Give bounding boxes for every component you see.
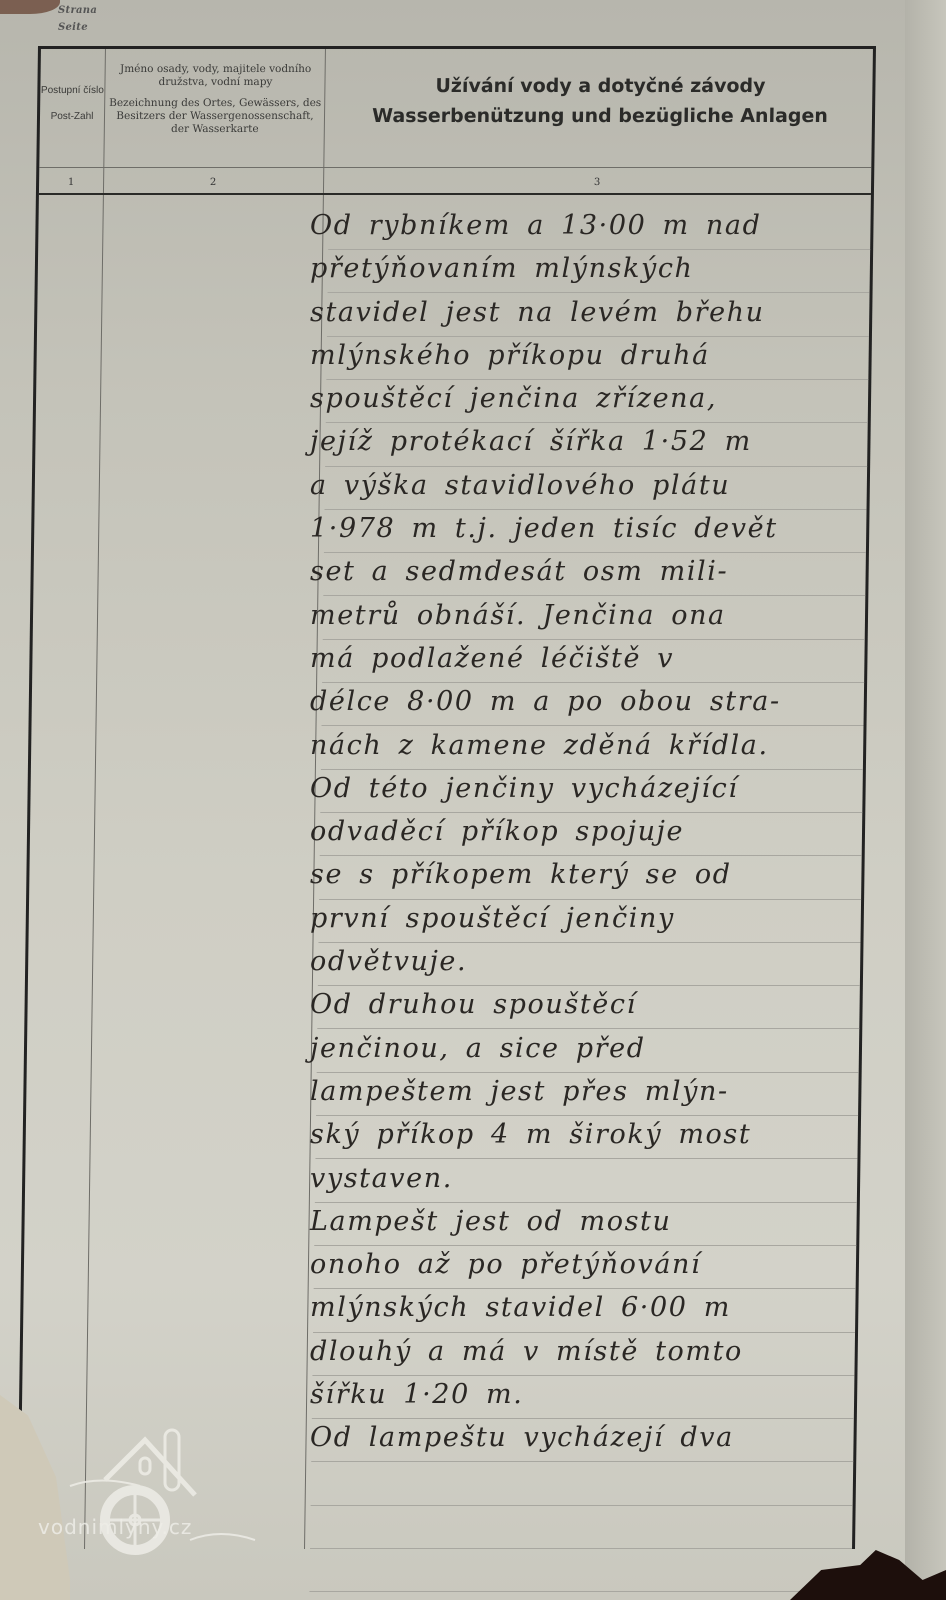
handwritten-line: nách z kamene zděná křídla.	[310, 724, 890, 767]
header-col-2: Jméno osady, vody, majitele vodního druž…	[106, 63, 325, 136]
ruled-line	[310, 1548, 852, 1549]
underlying-page-edge	[905, 0, 946, 1600]
handwritten-line: délce 8·00 m a po obou stra-	[310, 680, 890, 723]
handwritten-line: odvaděcí příkop spojuje	[310, 810, 890, 853]
header-col2-cz: Jméno osady, vody, majitele vodního druž…	[106, 63, 324, 89]
handwritten-line: odvětvuje.	[310, 940, 890, 983]
header-col3-de: Wasserbenützung und bezügliche Anlagen	[330, 101, 870, 131]
ruled-line	[311, 1461, 853, 1462]
header-col-1: Postupní číslo Post-Zahl	[40, 63, 105, 123]
handwritten-line: má podlažené léčiště v	[310, 637, 890, 680]
handwritten-line: Od této jenčiny vycházející	[310, 767, 890, 810]
handwritten-line: Od lampeštu vycházejí dva	[310, 1416, 890, 1459]
handwritten-line: přetýňovaním mlýnských	[310, 247, 890, 290]
header-bottom-rule	[39, 193, 871, 195]
header-col3-cz: Užívání vody a dotyčné závody	[330, 71, 870, 101]
handwritten-line: mlýnského příkopu druhá	[310, 334, 890, 377]
handwritten-line: set a sedmdesát osm mili-	[310, 550, 890, 593]
handwritten-line: stavidel jest na levém břehu	[310, 291, 890, 334]
header-col-3: Užívání vody a dotyčné závody Wasserbenü…	[330, 71, 871, 131]
header-divider	[39, 167, 871, 168]
handwritten-line: dlouhý a má v místě tomto	[310, 1330, 890, 1373]
handwritten-line: onoho až po přetýňování	[310, 1243, 890, 1286]
handwritten-line: mlýnských stavidel 6·00 m	[310, 1286, 890, 1329]
handwritten-line: Od druhou spouštěcí	[310, 983, 890, 1026]
handwritten-line: 1·978 m t.j. jeden tisíc devět	[310, 507, 890, 550]
ruled-line	[309, 1591, 851, 1592]
handwritten-line: spouštěcí jenčina zřízena,	[310, 377, 890, 420]
handwritten-line: a výška stavidlového plátu	[310, 464, 890, 507]
handwritten-entry: Od rybníkem a 13·00 m nadpřetýňovaním ml…	[310, 204, 890, 1460]
handwritten-line: jejíž protékací šířka 1·52 m	[310, 420, 890, 463]
header-col1-de: Post-Zahl	[40, 111, 104, 123]
handwritten-line: se s příkopem který se od	[310, 853, 890, 896]
handwritten-line: vystaven.	[310, 1157, 890, 1200]
column-number-2: 2	[103, 177, 323, 188]
header-col2-de: Bezeichnung des Ortes, Gewässers, des Be…	[106, 97, 325, 136]
page-label-de: Seite	[58, 22, 88, 33]
column-number-1: 1	[39, 177, 103, 188]
watermill-icon	[30, 1390, 260, 1580]
handwritten-line: šířku 1·20 m.	[310, 1373, 890, 1416]
handwritten-line: Lampešt jest od mostu	[310, 1200, 890, 1243]
handwritten-line: Od rybníkem a 13·00 m nad	[310, 204, 890, 247]
handwritten-line: první spouštěcí jenčiny	[310, 897, 890, 940]
ruled-line	[311, 1505, 853, 1506]
watermark-text: vodnimlyny.cz	[38, 1515, 192, 1539]
handwritten-line: ský příkop 4 m široký most	[310, 1113, 890, 1156]
handwritten-line: lampeštem jest přes mlýn-	[310, 1070, 890, 1113]
column-divider-1	[84, 49, 106, 1549]
handwritten-line: metrů obnáší. Jenčina ona	[310, 594, 890, 637]
column-number-3: 3	[323, 177, 871, 188]
page-label-cz: Strana	[58, 5, 97, 16]
handwritten-line: jenčinou, a sice před	[310, 1027, 890, 1070]
header-col1-cz: Postupní číslo	[40, 85, 104, 97]
